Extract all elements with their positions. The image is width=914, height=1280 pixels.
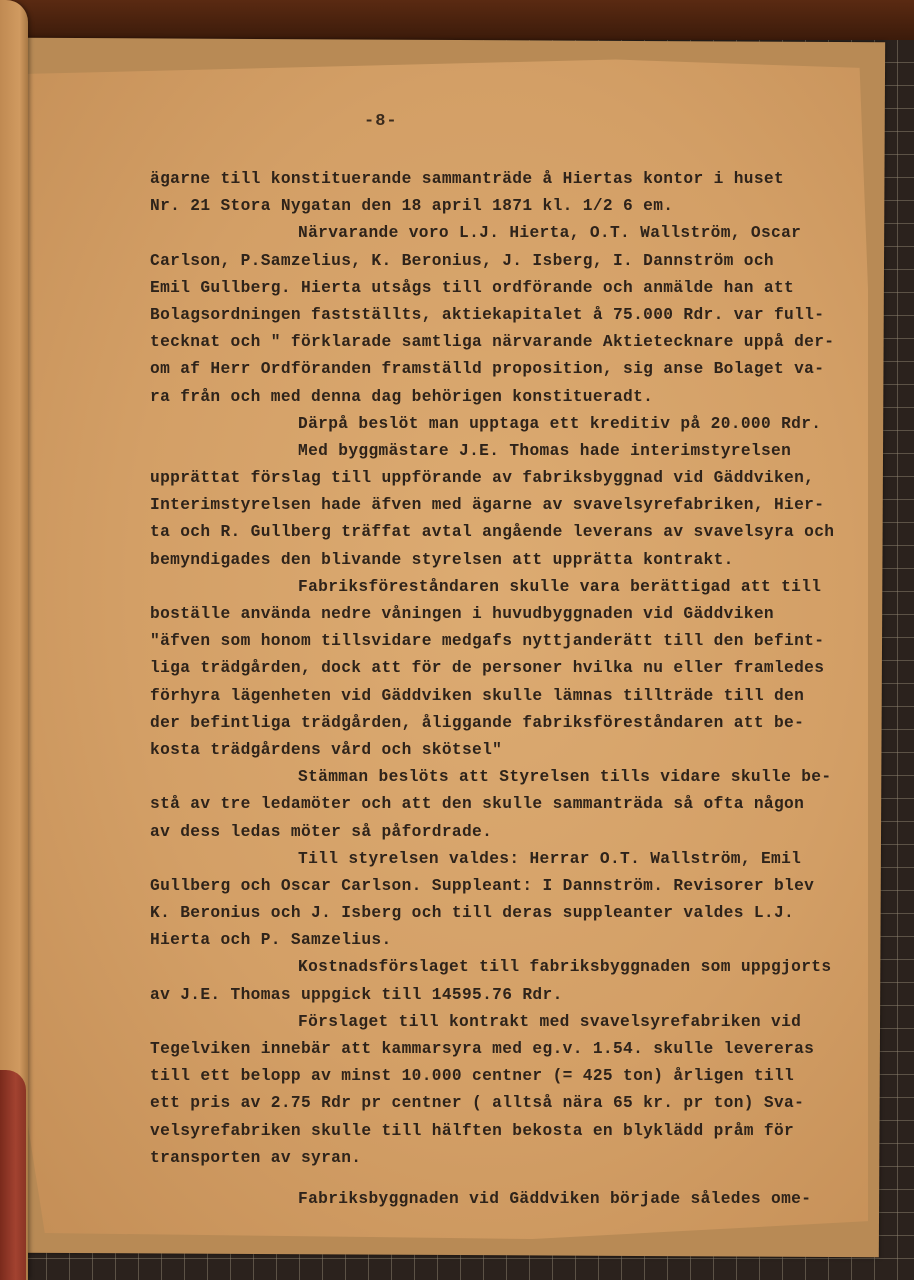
text-line: av dess ledas möter så påfordrade. xyxy=(150,819,870,846)
text-line: Carlson, P.Samzelius, K. Beronius, J. Is… xyxy=(150,248,870,275)
text-line: ta och R. Gullberg träffat avtal angåend… xyxy=(150,519,870,546)
page-number: -8- xyxy=(364,112,398,131)
text-line: Nr. 21 Stora Nygatan den 18 april 1871 k… xyxy=(150,193,870,220)
paragraph-p2: Närvarande voro L.J. Hierta, O.T. Wallst… xyxy=(150,220,870,410)
text-line: kosta trädgårdens vård och skötsel" xyxy=(150,737,870,764)
text-line: stå av tre ledamöter och att den skulle … xyxy=(150,791,870,818)
typewritten-page: -8- ägarne till konstituerande sammanträ… xyxy=(28,50,868,1245)
paragraph-p5: Fabriksföreståndaren skulle vara berätti… xyxy=(150,574,870,764)
text-line: transporten av syran. xyxy=(150,1145,870,1172)
text-line: ägarne till konstituerande sammanträde å… xyxy=(150,166,870,193)
text-line: tecknat och " förklarade samtliga närvar… xyxy=(150,329,870,356)
text-line: velsyrefabriken skulle till hälften beko… xyxy=(150,1118,870,1145)
text-line: Förslaget till kontrakt med svavelsyrefa… xyxy=(150,1009,870,1036)
thumb-holding-page xyxy=(0,1070,26,1280)
text-line: Tegelviken innebär att kammarsyra med eg… xyxy=(150,1036,870,1063)
text-line: av J.E. Thomas uppgick till 14595.76 Rdr… xyxy=(150,982,870,1009)
text-line: Med byggmästare J.E. Thomas hade interim… xyxy=(150,438,870,465)
text-line: K. Beronius och J. Isberg och till deras… xyxy=(150,900,870,927)
paragraph-p1: ägarne till konstituerande sammanträde å… xyxy=(150,166,870,220)
text-line: Därpå beslöt man upptaga ett kreditiv på… xyxy=(150,411,870,438)
text-line: förhyra lägenheten vid Gäddviken skulle … xyxy=(150,683,870,710)
text-line: der befintliga trädgården, åliggande fab… xyxy=(150,710,870,737)
text-line: Gullberg och Oscar Carlson. Suppleant: I… xyxy=(150,873,870,900)
paragraph-p3: Därpå beslöt man upptaga ett kreditiv på… xyxy=(150,411,870,438)
text-line: Till styrelsen valdes: Herrar O.T. Walls… xyxy=(150,846,870,873)
text-line: Fabriksbyggnaden vid Gäddviken började s… xyxy=(150,1186,870,1213)
paragraph-gap xyxy=(150,1172,870,1186)
text-line: upprättat förslag till uppförande av fab… xyxy=(150,465,870,492)
paragraph-p9: Förslaget till kontrakt med svavelsyrefa… xyxy=(150,1009,870,1172)
text-line: "äfven som honom tillsvidare medgafs nyt… xyxy=(150,628,870,655)
text-line: ra från och med denna dag behörigen kons… xyxy=(150,384,870,411)
text-line: Bolagsordningen fastställts, aktiekapita… xyxy=(150,302,870,329)
text-line: bemyndigades den blivande styrelsen att … xyxy=(150,547,870,574)
text-line: till ett belopp av minst 10.000 centner … xyxy=(150,1063,870,1090)
text-line: Stämman beslöts att Styrelsen tills vida… xyxy=(150,764,870,791)
text-line: boställe använda nedre våningen i huvudb… xyxy=(150,601,870,628)
text-line: Emil Gullberg. Hierta utsågs till ordför… xyxy=(150,275,870,302)
document-body: ägarne till konstituerande sammanträde å… xyxy=(150,166,870,1213)
text-line: Interimstyrelsen hade äfven med ägarne a… xyxy=(150,492,870,519)
paragraph-p10: Fabriksbyggnaden vid Gäddviken började s… xyxy=(150,1186,870,1213)
paragraph-p6: Stämman beslöts att Styrelsen tills vida… xyxy=(150,764,870,846)
text-line: Fabriksföreståndaren skulle vara berätti… xyxy=(150,574,870,601)
paragraph-p8: Kostnadsförslaget till fabriksbyggnaden … xyxy=(150,954,870,1008)
paragraph-p7: Till styrelsen valdes: Herrar O.T. Walls… xyxy=(150,846,870,955)
text-line: om af Herr Ordföranden framställd propos… xyxy=(150,356,870,383)
text-line: Hierta och P. Samzelius. xyxy=(150,927,870,954)
text-line: liga trädgården, dock att för de persone… xyxy=(150,655,870,682)
paragraph-p4: Med byggmästare J.E. Thomas hade interim… xyxy=(150,438,870,574)
text-line: Närvarande voro L.J. Hierta, O.T. Wallst… xyxy=(150,220,870,247)
text-line: ett pris av 2.75 Rdr pr centner ( alltså… xyxy=(150,1090,870,1117)
text-line: Kostnadsförslaget till fabriksbyggnaden … xyxy=(150,954,870,981)
